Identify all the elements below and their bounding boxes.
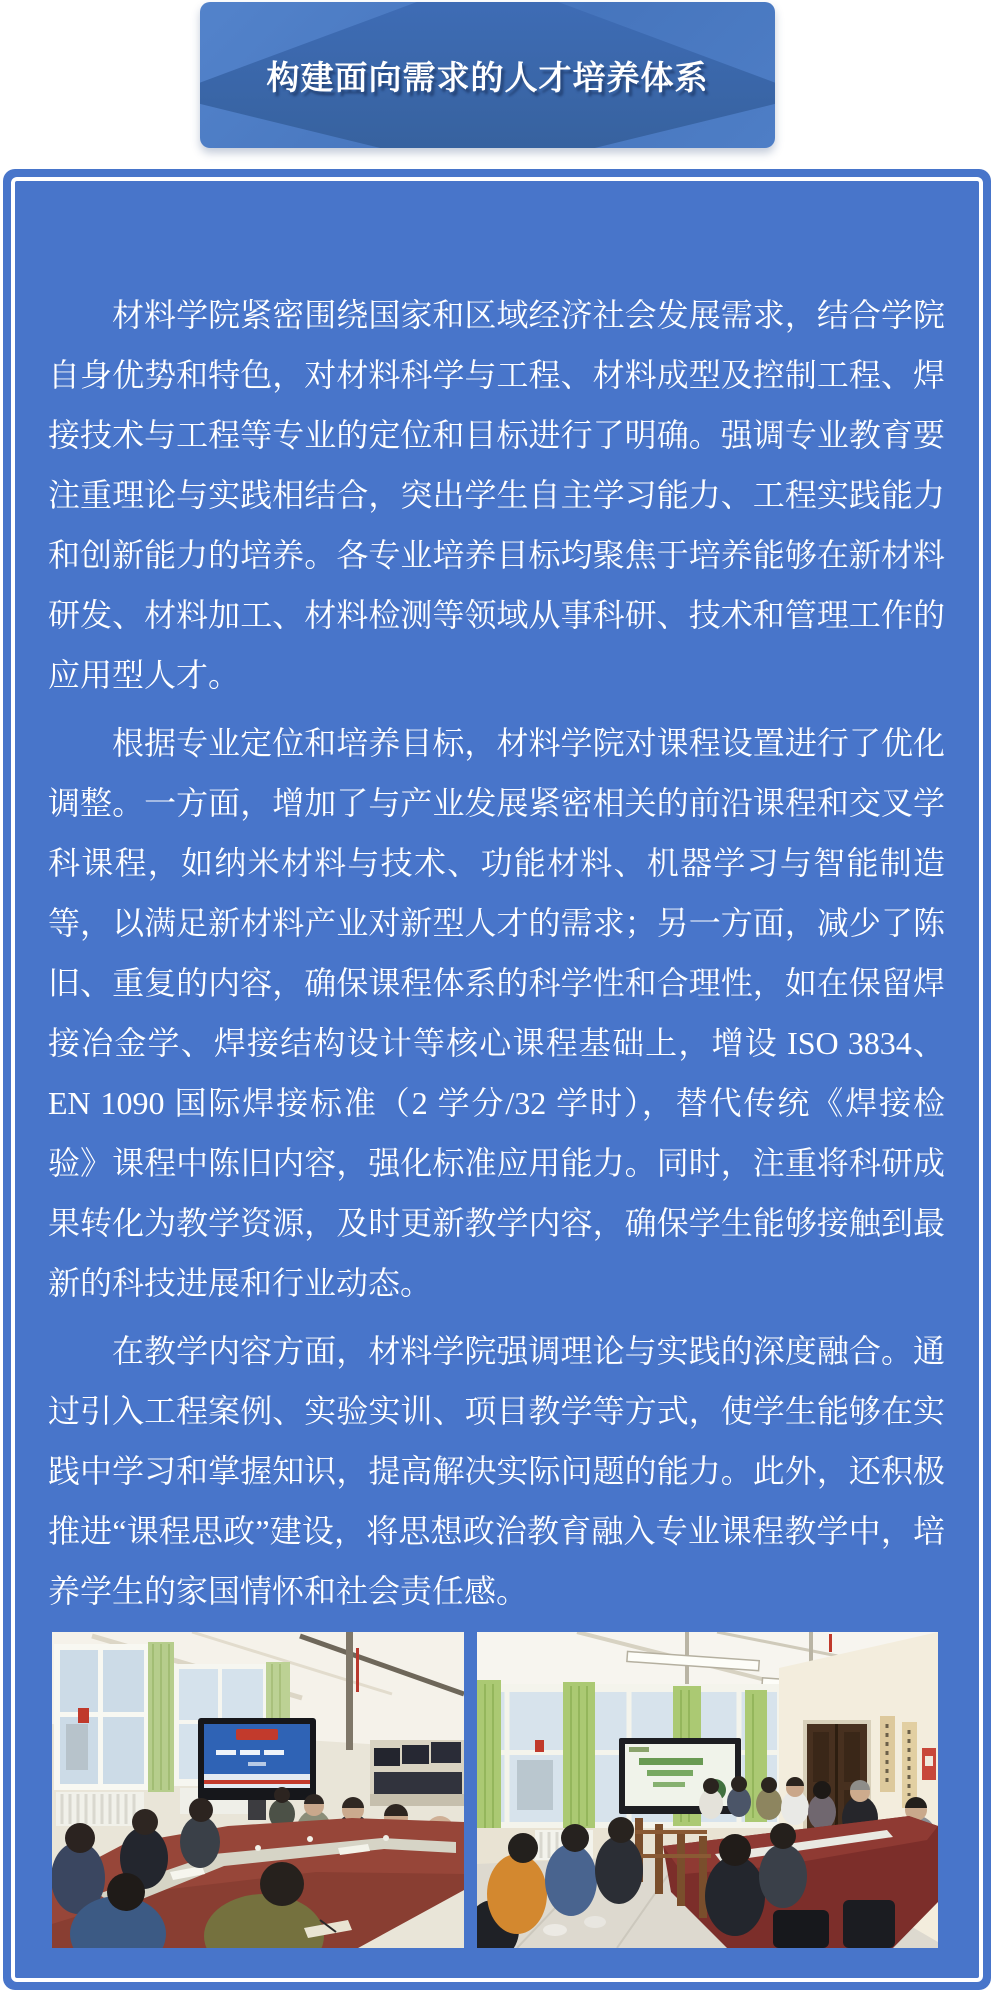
- page-background: { "banner": { "title": "构建面向需求的人才培养体系" }…: [0, 0, 994, 1993]
- article-body: 材料学院紧密围绕国家和区域经济社会发展需求，结合学院自身优势和特色，对材料科学与…: [48, 285, 945, 1629]
- paragraph-2: 根据专业定位和培养目标，材料学院对课程设置进行了优化调整。一方面，增加了与产业发…: [48, 713, 945, 1313]
- meeting-photo-left: [52, 1632, 464, 1948]
- paragraph-3: 在教学内容方面，材料学院强调理论与实践的深度融合。通过引入工程案例、实验实训、项…: [48, 1321, 945, 1621]
- page-title: 构建面向需求的人才培养体系: [267, 52, 709, 99]
- content-panel: 材料学院紧密围绕国家和区域经济社会发展需求，结合学院自身优势和特色，对材料科学与…: [3, 169, 991, 1990]
- computer-monitors-row: [370, 1740, 464, 1806]
- paragraph-1: 材料学院紧密围绕国家和区域经济社会发展需求，结合学院自身优势和特色，对材料科学与…: [48, 285, 945, 705]
- photo-row: [52, 1632, 938, 1948]
- meeting-photo-right: [477, 1632, 938, 1948]
- title-banner: 构建面向需求的人才培养体系: [200, 2, 775, 148]
